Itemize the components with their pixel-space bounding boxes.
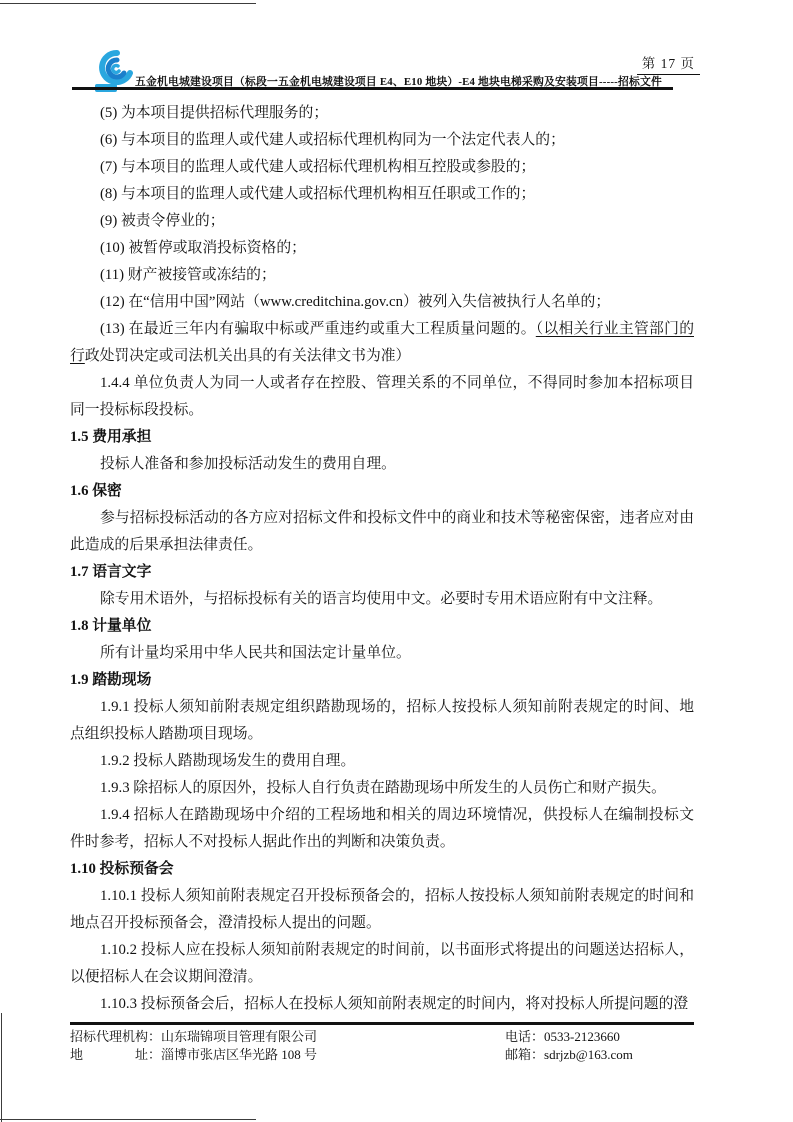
paragraph: (13) 在最近三年内有骗取中标或严重违约或重大工程质量问题的。（以相关行业主管…: [70, 316, 694, 370]
footer-row-2: 地 址：淄博市张店区华光路 108 号 邮箱：sdrjzb@163.com: [70, 1046, 694, 1064]
paragraph: (7) 与本项目的监理人或代建人或招标代理机构相互控股或参股的；: [70, 154, 694, 181]
scan-artifact-bottom-line: [0, 1119, 256, 1120]
paragraph: (12) 在“信用中国”网站（www.creditchina.gov.cn）被列…: [70, 289, 694, 316]
paragraph: 所有计量均采用中华人民共和国法定计量单位。: [70, 640, 694, 667]
paragraph: 除专用术语外，与招标投标有关的语言均使用中文。必要时专用术语应附有中文注释。: [70, 586, 694, 613]
footer-row-1: 招标代理机构：山东瑞锦项目管理有限公司 电话：0533-2123660: [70, 1028, 694, 1046]
paragraph: (6) 与本项目的监理人或代建人或招标代理机构同为一个法定代表人的；: [70, 127, 694, 154]
paragraph: 1.9.4 招标人在踏勘现场中介绍的工程场地和相关的周边环境情况，供投标人在编制…: [70, 802, 694, 856]
agency-line: 招标代理机构：山东瑞锦项目管理有限公司: [70, 1028, 505, 1046]
section-heading: 1.5 费用承担: [70, 424, 694, 451]
paragraph: 参与招标投标活动的各方应对招标文件和投标文件中的商业和技术等秘密保密，违者应对由…: [70, 505, 694, 559]
phone-label: 电话：: [505, 1029, 544, 1044]
email-line: 邮箱：sdrjzb@163.com: [505, 1046, 694, 1064]
scan-artifact-left-line: [1, 1013, 2, 1122]
phone-value: 0533-2123660: [544, 1029, 620, 1044]
paragraph: (11) 财产被接管或冻结的；: [70, 262, 694, 289]
phone-line: 电话：0533-2123660: [505, 1028, 694, 1046]
paragraph: 投标人准备和参加投标活动发生的费用自理。: [70, 451, 694, 478]
email-value: sdrjzb@163.com: [544, 1047, 633, 1062]
agency-value: 山东瑞锦项目管理有限公司: [161, 1029, 317, 1044]
paragraph: (10) 被暂停或取消投标资格的；: [70, 235, 694, 262]
email-label: 邮箱：: [505, 1047, 544, 1062]
paragraph: 1.9.3 除招标人的原因外，投标人自行负责在踏勘现场中所发生的人员伤亡和财产损…: [70, 775, 694, 802]
section-heading: 1.8 计量单位: [70, 613, 694, 640]
paragraph: 1.10.1 投标人须知前附表规定召开投标预备会的，招标人按投标人须知前附表规定…: [70, 883, 694, 937]
section-heading: 1.6 保密: [70, 478, 694, 505]
paragraph: 1.9.2 投标人踏勘现场发生的费用自理。: [70, 748, 694, 775]
page-number: 第 17 页: [637, 52, 700, 75]
footer: 招标代理机构：山东瑞锦项目管理有限公司 电话：0533-2123660 地 址：…: [70, 1028, 694, 1063]
section-heading: 1.7 语言文字: [70, 559, 694, 586]
address-line: 地 址：淄博市张店区华光路 108 号: [70, 1046, 505, 1064]
paragraph: (5) 为本项目提供招标代理服务的；: [70, 100, 694, 127]
body-paragraphs: (5) 为本项目提供招标代理服务的；(6) 与本项目的监理人或代建人或招标代理机…: [70, 100, 694, 1018]
paragraph: (8) 与本项目的监理人或代建人或招标代理机构相互任职或工作的；: [70, 181, 694, 208]
paragraph: 1.4.4 单位负责人为同一人或者存在控股、管理关系的不同单位，不得同时参加本招…: [70, 370, 694, 424]
paragraph: 1.9.1 投标人须知前附表规定组织踏勘现场的，招标人按投标人须知前附表规定的时…: [70, 694, 694, 748]
agency-label: 招标代理机构：: [70, 1029, 161, 1044]
paragraph: (9) 被责令停业的；: [70, 208, 694, 235]
paragraph: 1.10.3 投标预备会后，招标人在投标人须知前附表规定的时间内，将对投标人所提…: [70, 991, 694, 1018]
address-label: 地 址：: [70, 1047, 161, 1062]
address-value: 淄博市张店区华光路 108 号: [161, 1047, 317, 1062]
footer-rule: [70, 1022, 694, 1025]
section-heading: 1.10 投标预备会: [70, 856, 694, 883]
section-heading: 1.9 踏勘现场: [70, 667, 694, 694]
document-page: 第 17 页 五金机电城建设项目（标段一五金机电城建设项目 E4、E10 地块）…: [0, 0, 793, 1122]
paragraph: 1.10.2 投标人应在投标人须知前附表规定的时间前，以书面形式将提出的问题送达…: [70, 937, 694, 991]
scan-artifact-top-line: [0, 3, 256, 4]
header-rule: [72, 87, 673, 90]
